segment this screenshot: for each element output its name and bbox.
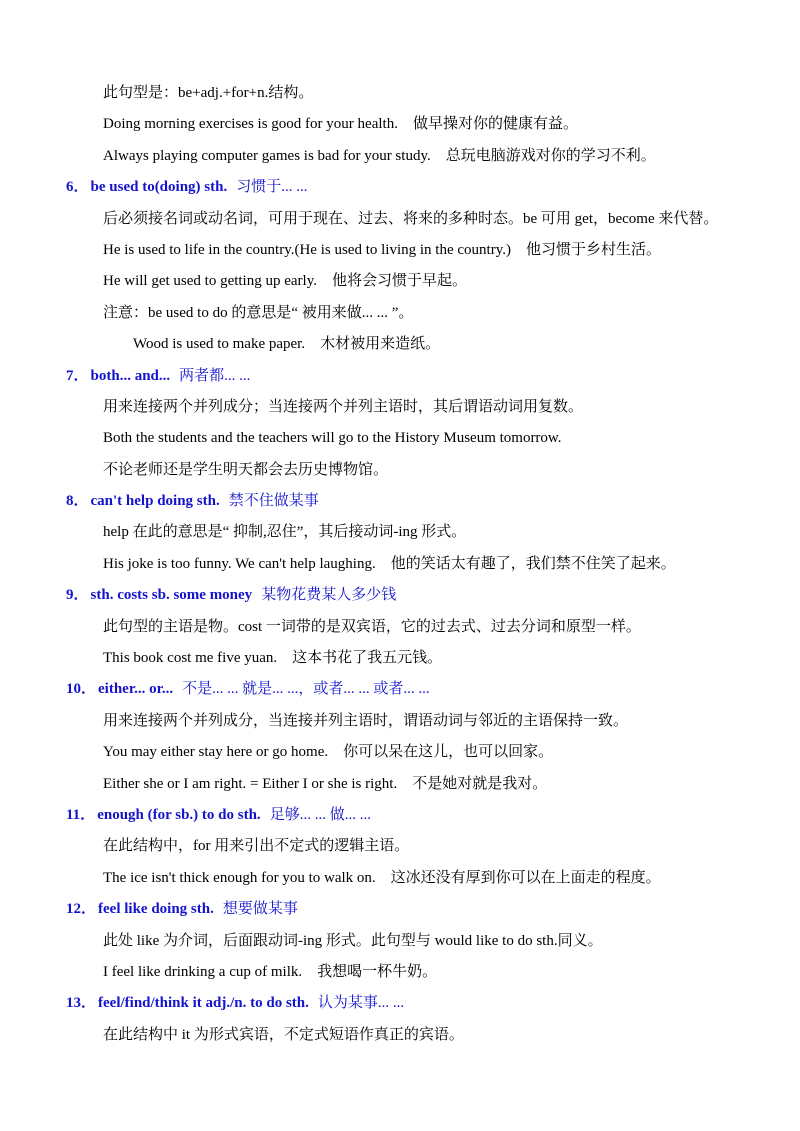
body-text-line: The ice isn't thick enough for you to wa…: [66, 863, 744, 894]
body-text-line: 在此结构中 it 为形式宾语，不定式短语作真正的宾语。: [66, 1020, 744, 1051]
heading-meaning-zh: 某物花费某人多少钱: [261, 587, 396, 603]
heading-meaning-zh: 两者都... ...: [179, 368, 250, 384]
document-body: 此句型是：be+adj.+for+n.结构。Doing morning exer…: [66, 78, 744, 1051]
body-text-line: He is used to life in the country.(He is…: [66, 235, 744, 266]
heading-meaning-zh: 认为某事... ...: [318, 995, 404, 1011]
heading-number: 13．: [66, 995, 96, 1011]
document-page: 此句型是：be+adj.+for+n.结构。Doing morning exer…: [0, 0, 800, 1131]
body-text-line: 此句型是：be+adj.+for+n.结构。: [66, 78, 744, 109]
body-text-line: Wood is used to make paper. 木材被用来造纸。: [66, 329, 744, 360]
heading-meaning-zh: 习惯于... ...: [236, 179, 307, 195]
heading-phrase-en: both... and...: [91, 368, 171, 384]
body-text-line: 用来连接两个并列成分，当连接并列主语时，谓语动词与邻近的主语保持一致。: [66, 706, 744, 737]
grammar-point-heading: 8．can't help doing sth.禁不住做某事: [66, 486, 744, 517]
grammar-point-heading: 6．be used to(doing) sth.习惯于... ...: [66, 172, 744, 203]
heading-phrase-en: feel/find/think it adj./n. to do sth.: [98, 995, 309, 1011]
heading-phrase-en: enough (for sb.) to do sth.: [97, 807, 261, 823]
body-text-line: 此句型的主语是物。cost 一词带的是双宾语，它的过去式、过去分词和原型一样。: [66, 612, 744, 643]
body-text-line: 在此结构中，for 用来引出不定式的逻辑主语。: [66, 831, 744, 862]
grammar-point-heading: 10．either... or...不是... ... 就是... ...，或者…: [66, 674, 744, 705]
heading-number: 10．: [66, 681, 96, 697]
grammar-point-heading: 7．both... and...两者都... ...: [66, 361, 744, 392]
heading-phrase-en: either... or...: [98, 681, 173, 697]
heading-phrase-en: sth. costs sb. some money: [91, 587, 253, 603]
body-text-line: I feel like drinking a cup of milk. 我想喝一…: [66, 957, 744, 988]
heading-number: 9．: [66, 587, 89, 603]
heading-number: 11．: [66, 807, 95, 823]
body-text-line: He will get used to getting up early. 他将…: [66, 266, 744, 297]
heading-number: 7．: [66, 368, 89, 384]
heading-phrase-en: can't help doing sth.: [91, 493, 220, 509]
heading-number: 8．: [66, 493, 89, 509]
grammar-point-heading: 9．sth. costs sb. some money某物花费某人多少钱: [66, 580, 744, 611]
body-text-line: 后必须接名词或动名词，可用于现在、过去、将来的多种时态。be 可用 get，be…: [66, 204, 744, 235]
body-text-line: Both the students and the teachers will …: [66, 423, 744, 454]
heading-phrase-en: feel like doing sth.: [98, 901, 214, 917]
body-text-line: His joke is too funny. We can't help lau…: [66, 549, 744, 580]
grammar-point-heading: 13．feel/find/think it adj./n. to do sth.…: [66, 988, 744, 1019]
body-text-line: 注意：be used to do 的意思是“ 被用来做... ... ”。: [66, 298, 744, 329]
body-text-line: You may either stay here or go home. 你可以…: [66, 737, 744, 768]
body-text-line: Either she or I am right. = Either I or …: [66, 769, 744, 800]
heading-meaning-zh: 足够... ... 做... ...: [270, 807, 371, 823]
body-text-line: 不论老师还是学生明天都会去历史博物馆。: [66, 455, 744, 486]
body-text-line: help 在此的意思是“ 抑制,忍住”，其后接动词-ing 形式。: [66, 517, 744, 548]
body-text-line: Doing morning exercises is good for your…: [66, 109, 744, 140]
heading-meaning-zh: 禁不住做某事: [229, 493, 319, 509]
heading-number: 12．: [66, 901, 96, 917]
heading-phrase-en: be used to(doing) sth.: [91, 179, 228, 195]
body-text-line: This book cost me five yuan. 这本书花了我五元钱。: [66, 643, 744, 674]
heading-meaning-zh: 想要做某事: [223, 901, 298, 917]
grammar-point-heading: 11．enough (for sb.) to do sth.足够... ... …: [66, 800, 744, 831]
grammar-point-heading: 12．feel like doing sth.想要做某事: [66, 894, 744, 925]
body-text-line: 此处 like 为介词，后面跟动词-ing 形式。此句型与 would like…: [66, 926, 744, 957]
body-text-line: 用来连接两个并列成分；当连接两个并列主语时，其后谓语动词用复数。: [66, 392, 744, 423]
heading-number: 6．: [66, 179, 89, 195]
heading-meaning-zh: 不是... ... 就是... ...，或者... ... 或者... ...: [182, 681, 430, 697]
body-text-line: Always playing computer games is bad for…: [66, 141, 744, 172]
